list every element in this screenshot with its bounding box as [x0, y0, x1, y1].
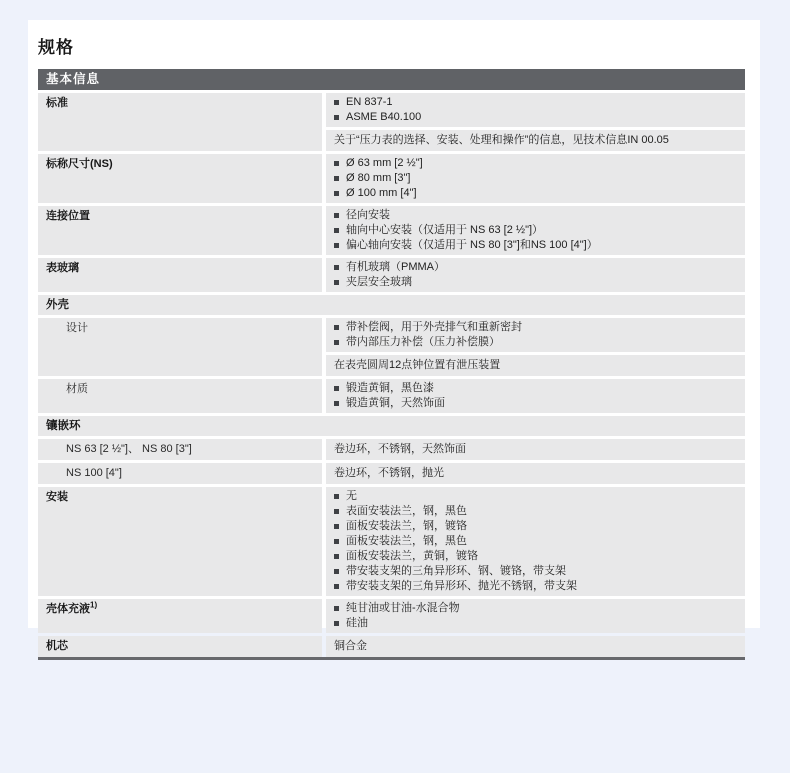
bullet-item: ASME B40.100	[334, 110, 737, 125]
bullet-item: 纯甘油或甘油-水混合物	[334, 601, 737, 616]
bullet-item: 带安装支架的三角异形环、抛光不锈钢，带支架	[334, 579, 737, 594]
bullet-item: 带安装支架的三角异形环、钢、镀铬，带支架	[334, 564, 737, 579]
bullet-text: 面板安装法兰，钢，镀铬	[346, 519, 467, 534]
bullet-text: 带安装支架的三角异形环、抛光不锈钢，带支架	[346, 579, 577, 594]
bullet-square-icon	[334, 243, 339, 248]
value-cell: 卷边环，不锈钢，抛光	[326, 463, 745, 484]
document-page: 规格 基本信息 标准 EN 837-1 ASME B40.100 关于“压力表的…	[28, 20, 760, 628]
bullet-square-icon	[334, 325, 339, 330]
row-standard: 标准 EN 837-1 ASME B40.100 关于“压力表的选择、安装、处理…	[38, 93, 745, 151]
bullet-item: 面板安装法兰，钢，黑色	[334, 534, 737, 549]
value-cell: 锻造黄铜，黑色漆 锻造黄铜，天然饰面	[326, 379, 745, 413]
row-case-filling: 壳体充液1) 纯甘油或甘油-水混合物 硅油	[38, 599, 745, 633]
bullet-square-icon	[334, 161, 339, 166]
bullet-item: EN 837-1	[334, 95, 737, 110]
bullet-item: 径向安装	[334, 208, 737, 223]
row-label: 连接位置	[38, 206, 322, 255]
bullet-text: Ø 80 mm [3"]	[346, 171, 410, 186]
bullet-square-icon	[334, 494, 339, 499]
page-title: 规格	[38, 33, 750, 58]
bullet-item: 有机玻璃（PMMA）	[334, 260, 737, 275]
bullet-item: Ø 80 mm [3"]	[334, 171, 737, 186]
bullet-item: 表面安装法兰，钢，黑色	[334, 504, 737, 519]
bullet-square-icon	[334, 100, 339, 105]
bullet-text: 锻造黄铜，黑色漆	[346, 381, 434, 396]
bullet-item: 轴向中心安装（仅适用于 NS 63 [2 ½"]）	[334, 223, 737, 238]
value-cell: 卷边环，不锈钢，天然饰面	[326, 439, 745, 460]
row-material: 材质 锻造黄铜，黑色漆 锻造黄铜，天然饰面	[38, 379, 745, 413]
bullet-square-icon	[334, 401, 339, 406]
bullet-item: Ø 100 mm [4"]	[334, 186, 737, 201]
row-label: 材质	[38, 379, 322, 413]
table-section-header: 基本信息	[38, 69, 745, 90]
bullet-text: Ø 63 mm [2 ½"]	[346, 156, 423, 171]
value-cell: 关于“压力表的选择、安装、处理和操作”的信息，见技术信息IN 00.05	[326, 130, 745, 151]
row-label: NS 63 [2 ½"]、 NS 80 [3"]	[38, 439, 322, 460]
row-label: 安装	[38, 487, 322, 596]
bullet-item: 带补偿阀，用于外壳排气和重新密封	[334, 320, 737, 335]
bullet-item: Ø 63 mm [2 ½"]	[334, 156, 737, 171]
bullet-item: 带内部压力补偿（压力补偿膜）	[334, 335, 737, 350]
bullet-square-icon	[334, 606, 339, 611]
bullet-square-icon	[334, 509, 339, 514]
bullet-square-icon	[334, 621, 339, 626]
value-cell: 纯甘油或甘油-水混合物 硅油	[326, 599, 745, 633]
value-cell: 在表壳圆周12点钟位置有泄压装置	[326, 355, 745, 376]
bullet-text: 面板安装法兰，钢，黑色	[346, 534, 467, 549]
bullet-text: 带补偿阀，用于外壳排气和重新密封	[346, 320, 522, 335]
bullet-item: 锻造黄铜，黑色漆	[334, 381, 737, 396]
value-text: 卷边环，不锈钢，天然饰面	[334, 441, 737, 458]
value-cell: 有机玻璃（PMMA） 夹层安全玻璃	[326, 258, 745, 292]
row-ring-ns100: NS 100 [4"] 卷边环，不锈钢，抛光	[38, 463, 745, 484]
bullet-text: 面板安装法兰，黄铜，镀铬	[346, 549, 478, 564]
section-label: 外壳	[38, 295, 745, 315]
section-label: 镶嵌环	[38, 416, 745, 436]
section-row-ring: 镶嵌环	[38, 416, 745, 436]
row-label: 标称尺寸(NS)	[38, 154, 322, 203]
bullet-square-icon	[334, 191, 339, 196]
bullet-text: 锻造黄铜，天然饰面	[346, 396, 445, 411]
bullet-square-icon	[334, 524, 339, 529]
section-row-case: 外壳	[38, 295, 745, 315]
spec-table: 基本信息 标准 EN 837-1 ASME B40.100 关于“压力表的选择、…	[38, 69, 745, 660]
note-text: 关于“压力表的选择、安装、处理和操作”的信息，见技术信息IN 00.05	[334, 132, 737, 149]
bullet-item: 锻造黄铜，天然饰面	[334, 396, 737, 411]
bullet-text: 表面安装法兰，钢，黑色	[346, 504, 467, 519]
bullet-square-icon	[334, 584, 339, 589]
value-cell: 带补偿阀，用于外壳排气和重新密封 带内部压力补偿（压力补偿膜）	[326, 318, 745, 352]
row-nominal-size: 标称尺寸(NS) Ø 63 mm [2 ½"] Ø 80 mm [3"] Ø 1…	[38, 154, 745, 203]
bullet-text: 带安装支架的三角异形环、钢、镀铬，带支架	[346, 564, 566, 579]
bullet-square-icon	[334, 228, 339, 233]
row-label: 表玻璃	[38, 258, 322, 292]
bullet-text: 轴向中心安装（仅适用于 NS 63 [2 ½"]）	[346, 223, 543, 238]
row-label: 设计	[38, 318, 322, 376]
table-bottom-rule	[38, 657, 745, 660]
bullet-item: 面板安装法兰，钢，镀铬	[334, 519, 737, 534]
bullet-text: 纯甘油或甘油-水混合物	[346, 601, 460, 616]
value-cell: Ø 63 mm [2 ½"] Ø 80 mm [3"] Ø 100 mm [4"…	[326, 154, 745, 203]
bullet-item: 偏心轴向安装（仅适用于 NS 80 [3"]和NS 100 [4"]）	[334, 238, 737, 253]
bullet-text: 径向安装	[346, 208, 390, 223]
row-design: 设计 带补偿阀，用于外壳排气和重新密封 带内部压力补偿（压力补偿膜） 在表壳圆周…	[38, 318, 745, 376]
row-connection-location: 连接位置 径向安装 轴向中心安装（仅适用于 NS 63 [2 ½"]） 偏心轴向…	[38, 206, 745, 255]
bullet-text: 有机玻璃（PMMA）	[346, 260, 445, 275]
bullet-square-icon	[334, 386, 339, 391]
bullet-text: Ø 100 mm [4"]	[346, 186, 417, 201]
bullet-item: 硅油	[334, 616, 737, 631]
bullet-square-icon	[334, 115, 339, 120]
value-cell: 无 表面安装法兰，钢，黑色 面板安装法兰，钢，镀铬 面板安装法兰，钢，黑色 面板…	[326, 487, 745, 596]
bullet-item: 无	[334, 489, 737, 504]
row-label: 标准	[38, 93, 322, 151]
bullet-text: 夹层安全玻璃	[346, 275, 412, 290]
note-text: 在表壳圆周12点钟位置有泄压装置	[334, 357, 737, 374]
row-movement: 机芯 铜合金	[38, 636, 745, 657]
bullet-square-icon	[334, 539, 339, 544]
bullet-text: 硅油	[346, 616, 368, 631]
bullet-text: 带内部压力补偿（压力补偿膜）	[346, 335, 500, 350]
row-window: 表玻璃 有机玻璃（PMMA） 夹层安全玻璃	[38, 258, 745, 292]
value-cell: 铜合金	[326, 636, 745, 657]
row-label: 机芯	[38, 636, 322, 657]
row-label: 壳体充液1)	[38, 599, 322, 633]
bullet-square-icon	[334, 213, 339, 218]
bullet-text: ASME B40.100	[346, 110, 421, 125]
bullet-text: 无	[346, 489, 357, 504]
bullet-text: EN 837-1	[346, 95, 392, 110]
bullet-square-icon	[334, 340, 339, 345]
row-mounting: 安装 无 表面安装法兰，钢，黑色 面板安装法兰，钢，镀铬 面板安装法兰，钢，黑色…	[38, 487, 745, 596]
bullet-item: 夹层安全玻璃	[334, 275, 737, 290]
bullet-text: 偏心轴向安装（仅适用于 NS 80 [3"]和NS 100 [4"]）	[346, 238, 598, 253]
bullet-item: 面板安装法兰，黄铜，镀铬	[334, 549, 737, 564]
value-cell: EN 837-1 ASME B40.100	[326, 93, 745, 127]
bullet-square-icon	[334, 554, 339, 559]
row-label-text: 壳体充液	[46, 603, 90, 615]
bullet-square-icon	[334, 280, 339, 285]
value-text: 铜合金	[334, 638, 737, 655]
value-cell: 径向安装 轴向中心安装（仅适用于 NS 63 [2 ½"]） 偏心轴向安装（仅适…	[326, 206, 745, 255]
bullet-square-icon	[334, 569, 339, 574]
footnote-marker: 1)	[90, 600, 97, 609]
row-ring-ns63-ns80: NS 63 [2 ½"]、 NS 80 [3"] 卷边环，不锈钢，天然饰面	[38, 439, 745, 460]
bullet-square-icon	[334, 265, 339, 270]
row-label: NS 100 [4"]	[38, 463, 322, 484]
value-text: 卷边环，不锈钢，抛光	[334, 465, 737, 482]
bullet-square-icon	[334, 176, 339, 181]
